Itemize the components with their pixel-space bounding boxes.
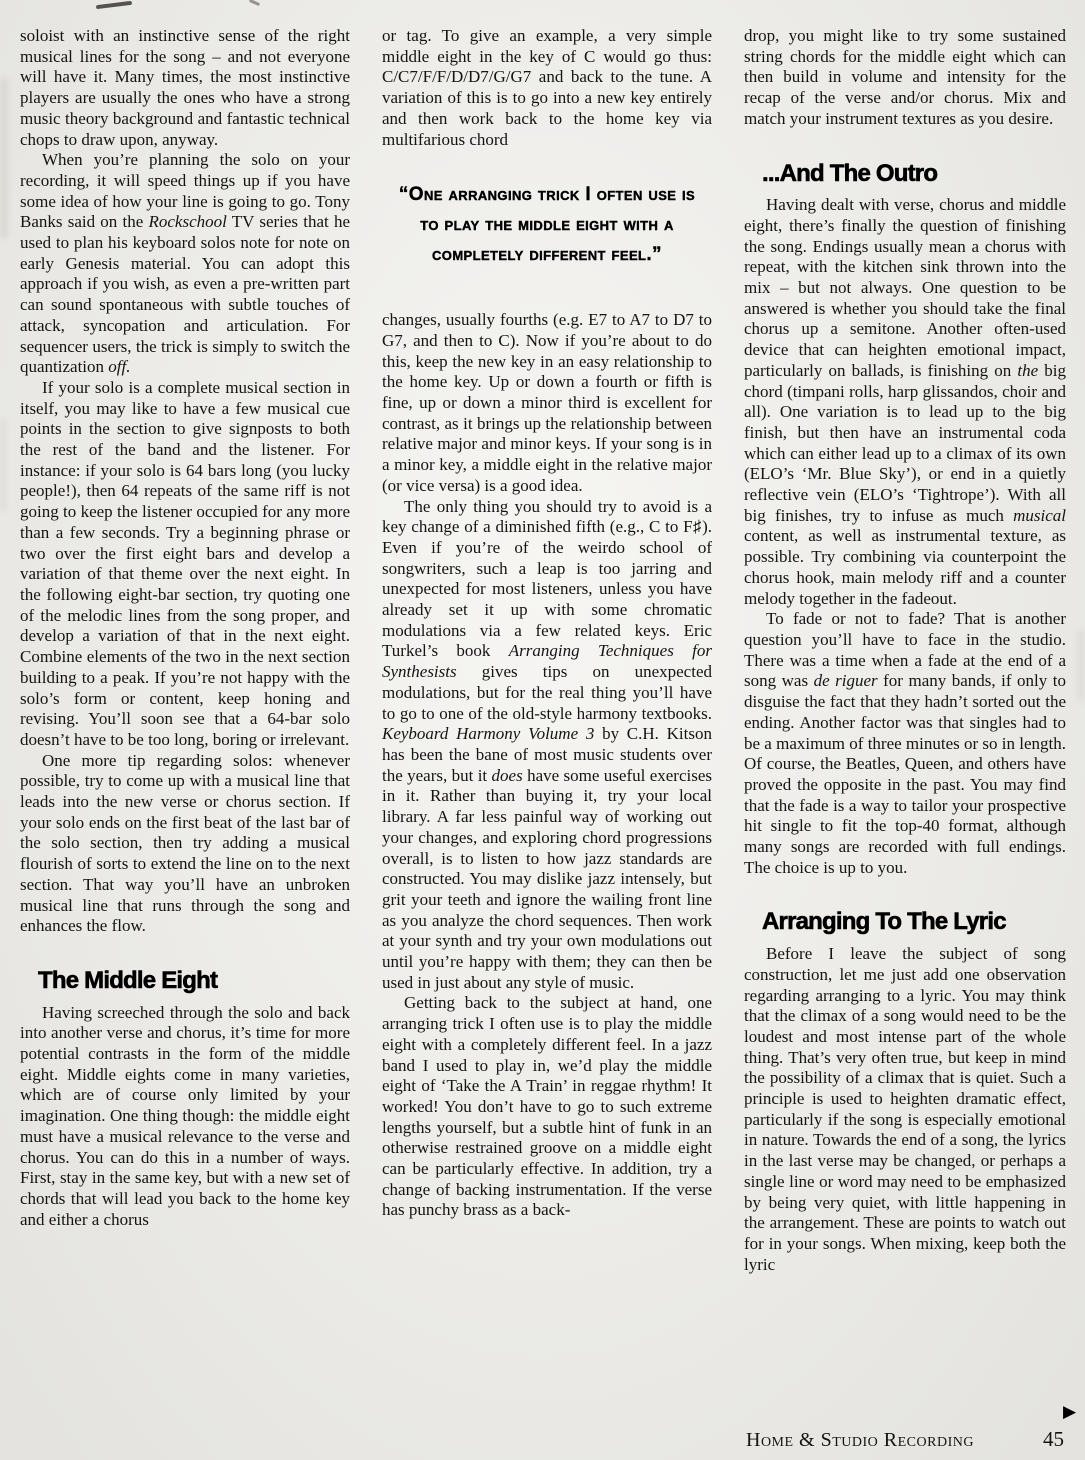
- scan-artifact: [0, 420, 6, 510]
- continuation-arrow-icon: ▶: [1063, 1402, 1076, 1422]
- body-paragraph: drop, you might like to try some sustain…: [744, 26, 1066, 130]
- column-right: drop, you might like to try some sustain…: [744, 26, 1066, 1275]
- column-middle: or tag. To give an example, a very simpl…: [382, 26, 712, 1275]
- body-paragraph: soloist with an instinctive sense of the…: [20, 26, 350, 150]
- body-paragraph: or tag. To give an example, a very simpl…: [382, 26, 712, 150]
- column-left: soloist with an instinctive sense of the…: [20, 26, 350, 1275]
- magazine-page: soloist with an instinctive sense of the…: [0, 0, 1085, 1275]
- body-paragraph: Having dealt with verse, chorus and midd…: [744, 195, 1066, 609]
- body-paragraph: The only thing you should try to avoid i…: [382, 497, 712, 994]
- page-number: 45: [1043, 1427, 1064, 1452]
- body-paragraph: Before I leave the subject of song const…: [744, 944, 1066, 1275]
- scan-artifact: [0, 78, 8, 238]
- section-heading: The Middle Eight: [38, 971, 350, 992]
- body-paragraph: Having screeched through the solo and ba…: [20, 1003, 350, 1231]
- body-paragraph: changes, usually fourths (e.g. E7 to A7 …: [382, 310, 712, 496]
- body-paragraph: Getting back to the subject at hand, one…: [382, 993, 712, 1221]
- page-footer: Home & Studio Recording 45: [746, 1427, 1064, 1452]
- body-paragraph: To fade or not to fade? That is another …: [744, 609, 1066, 878]
- pull-quote: “One arranging trick I often use is to p…: [384, 180, 710, 270]
- magazine-title: Home & Studio Recording: [746, 1429, 974, 1452]
- scan-artifact: [1077, 630, 1085, 700]
- section-heading: Arranging To The Lyric: [762, 912, 1066, 933]
- body-paragraph: One more tip regarding solos: whenever p…: [20, 751, 350, 937]
- scanned-magazine-page: { "page": { "background_color": "#f2f1ed…: [0, 0, 1085, 1460]
- body-paragraph: If your solo is a complete musical secti…: [20, 378, 350, 751]
- section-heading: ...And The Outro: [762, 164, 1066, 185]
- body-paragraph: When you’re planning the solo on your re…: [20, 150, 350, 378]
